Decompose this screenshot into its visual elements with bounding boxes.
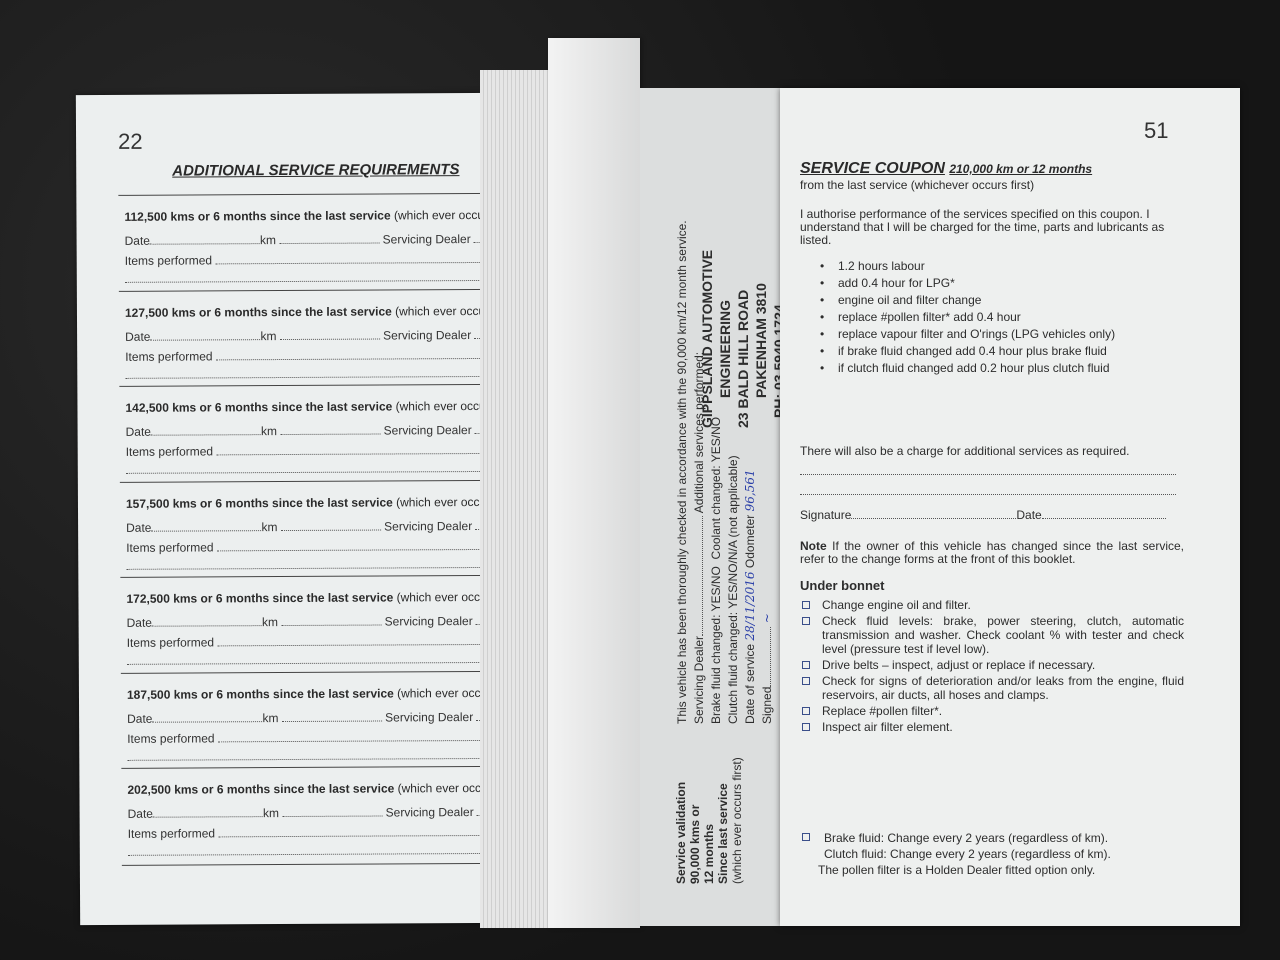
right-page: 51 SERVICE COUPON 210,000 km or 12 month… xyxy=(780,88,1240,926)
validation-heading: Service validation 90,000 kms or 12 mont… xyxy=(674,757,744,884)
checklist-item: Replace #pollen filter*. xyxy=(800,704,1184,718)
statement: This vehicle has been thoroughly checked… xyxy=(674,220,691,724)
service-entry: 202,500 kms or 6 months since the last s… xyxy=(121,766,501,864)
items-field-line2[interactable] xyxy=(126,471,496,474)
checklist-item: Drive belts – inspect, adjust or replace… xyxy=(800,658,1184,672)
service-entry: 172,500 kms or 6 months since the last s… xyxy=(120,575,500,673)
authorise-text: I authorise performance of the services … xyxy=(800,208,1184,247)
date-of-service-value[interactable]: 28/11/2016 xyxy=(743,571,757,640)
date-field[interactable] xyxy=(150,243,260,245)
checkbox-icon[interactable] xyxy=(802,617,810,625)
km-field[interactable] xyxy=(281,625,381,627)
date-field[interactable] xyxy=(152,625,262,627)
labour-item: replace vapour filter and O'rings (LPG v… xyxy=(820,327,1200,341)
items-field[interactable] xyxy=(218,835,498,837)
left-page: 22 ADDITIONAL SERVICE REQUIREMENTS 112,5… xyxy=(76,93,500,925)
service-entry: 112,500 kms or 6 months since the last s… xyxy=(118,193,498,291)
items-field[interactable] xyxy=(217,548,497,550)
labour-item: add 0.4 hour for LPG* xyxy=(820,276,1200,290)
coupon-title: SERVICE COUPON 210,000 km or 12 months xyxy=(800,160,1092,178)
service-entry: 127,500 kms or 6 months since the last s… xyxy=(119,288,499,386)
checklist-item: Check fluid levels: brake, power steerin… xyxy=(800,614,1184,656)
service-entry: 142,500 kms or 6 months since the last s… xyxy=(119,384,499,482)
date-field[interactable] xyxy=(151,530,261,532)
km-field[interactable] xyxy=(281,529,381,531)
checklist-item: Change engine oil and filter. xyxy=(800,598,1184,612)
items-field-line2[interactable] xyxy=(125,280,495,283)
date-field[interactable] xyxy=(153,816,263,818)
checklist-item: Check for signs of deterioration and/or … xyxy=(800,674,1184,702)
items-field[interactable] xyxy=(218,739,498,741)
page-number: 51 xyxy=(1144,118,1168,144)
additional-charge: There will also be a charge for addition… xyxy=(800,444,1130,458)
km-field[interactable] xyxy=(280,434,380,436)
folded-page xyxy=(548,38,640,928)
clutch-fluid-field[interactable]: Clutch fluid changed: YES/NO/N/A (not ap… xyxy=(726,455,740,724)
page-number: 22 xyxy=(118,129,143,155)
date-field[interactable] xyxy=(1042,518,1166,519)
labour-item: replace #pollen filter* add 0.4 hour xyxy=(820,310,1200,324)
date-field[interactable] xyxy=(152,721,262,723)
labour-item: if brake fluid changed add 0.4 hour plus… xyxy=(820,344,1200,358)
signature-row: SignatureDate xyxy=(800,508,1166,522)
dealer-stamp: GIPPSLAND AUTOMOTIVE ENGINEERING 23 BALD… xyxy=(698,250,788,428)
coupon-strip: Service validation 90,000 kms or 12 mont… xyxy=(640,88,785,926)
items-field-line2[interactable] xyxy=(125,375,495,378)
checklist-item: Inspect air filter element. xyxy=(800,720,1184,734)
km-field[interactable] xyxy=(282,816,382,818)
items-field-line2[interactable] xyxy=(126,566,496,569)
items-field-line2[interactable] xyxy=(127,757,497,760)
km-field[interactable] xyxy=(280,338,380,340)
labour-item: if clutch fluid changed add 0.2 hour plu… xyxy=(820,361,1200,375)
items-field[interactable] xyxy=(215,262,495,264)
page-title: ADDITIONAL SERVICE REQUIREMENTS xyxy=(172,161,459,180)
checkbox-icon[interactable] xyxy=(802,833,810,841)
additional-line-2[interactable] xyxy=(800,484,1176,498)
km-field[interactable] xyxy=(279,243,379,245)
coupon-subtitle: from the last service (whichever occurs … xyxy=(800,178,1034,192)
footnotes: Brake fluid: Change every 2 years (regar… xyxy=(800,830,1111,878)
items-field[interactable] xyxy=(216,453,496,455)
service-entry: 187,500 kms or 6 months since the last s… xyxy=(121,670,501,768)
checkbox-icon[interactable] xyxy=(802,723,810,731)
additional-line-1[interactable] xyxy=(800,464,1176,478)
items-field[interactable] xyxy=(216,357,496,359)
signature-field[interactable] xyxy=(851,518,1016,519)
odometer-value[interactable]: 96,561 xyxy=(743,469,757,511)
under-bonnet-title: Under bonnet xyxy=(800,578,885,593)
date-field[interactable] xyxy=(150,339,260,341)
service-entry: 157,500 kms or 6 months since the last s… xyxy=(120,479,500,577)
checkbox-icon[interactable] xyxy=(802,661,810,669)
brake-fluid-field[interactable]: Brake fluid changed: YES/NO xyxy=(709,566,723,724)
labour-item: engine oil and filter change xyxy=(820,293,1200,307)
owner-note: Note If the owner of this vehicle has ch… xyxy=(800,540,1184,566)
items-field-line2[interactable] xyxy=(127,662,497,665)
items-field-line2[interactable] xyxy=(128,853,498,856)
km-field[interactable] xyxy=(282,720,382,722)
under-bonnet-list: Change engine oil and filter.Check fluid… xyxy=(800,596,1184,736)
labour-list: 1.2 hours labouradd 0.4 hour for LPG*eng… xyxy=(800,256,1200,378)
labour-item: 1.2 hours labour xyxy=(820,259,1200,273)
checkbox-icon[interactable] xyxy=(802,707,810,715)
checkbox-icon[interactable] xyxy=(802,601,810,609)
signature-scrawl[interactable]: ~ xyxy=(760,613,774,623)
checkbox-icon[interactable] xyxy=(802,677,810,685)
page-edges xyxy=(480,70,550,928)
coolant-field[interactable]: Coolant changed: YES/NO xyxy=(709,417,723,560)
items-field[interactable] xyxy=(217,644,497,646)
date-field[interactable] xyxy=(151,434,261,436)
